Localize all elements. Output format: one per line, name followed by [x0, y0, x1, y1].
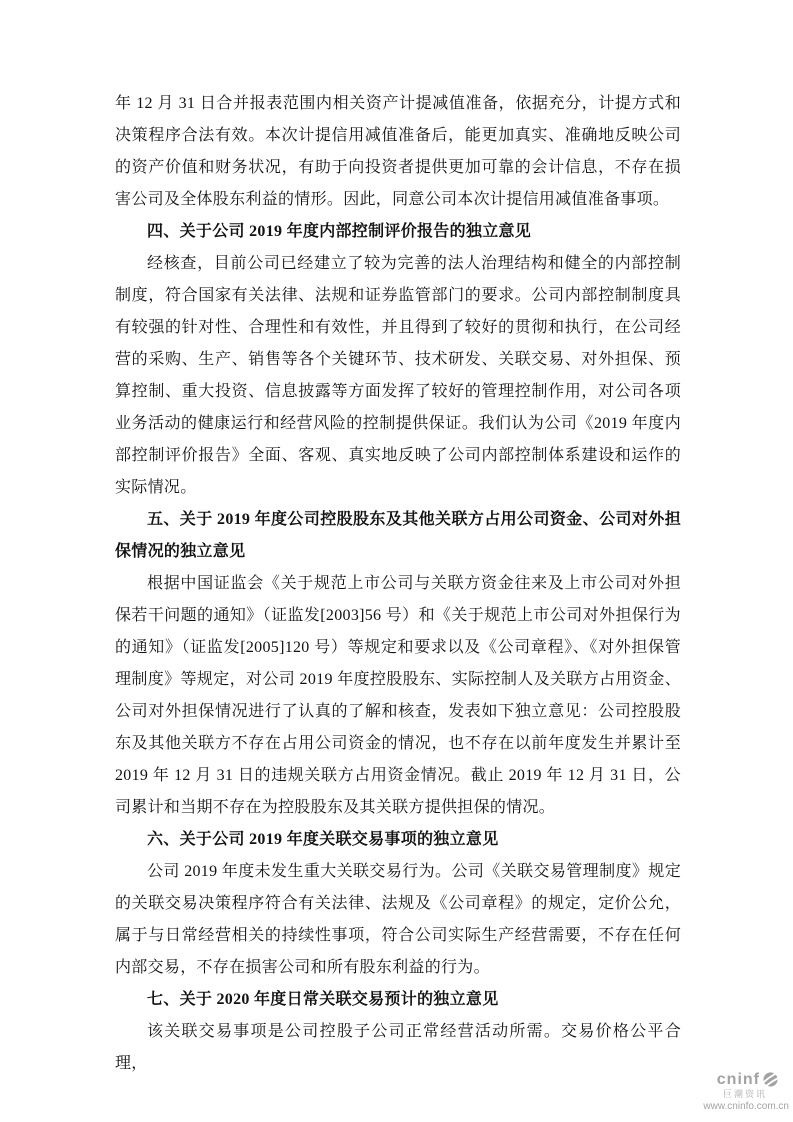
section-heading-5-fund-occupation-guarantee: 五、关于 2019 年度公司控股股东及其他关联方占用公司资金、公司对外担保情况的… — [115, 504, 681, 568]
document-page: 年 12 月 31 日合并报表范围内相关资产计提减值准备，依据充分，计提方式和决… — [115, 88, 681, 1080]
paragraph-related-transactions-opinion: 公司 2019 年度未发生重大关联交易行为。公司《关联交易管理制度》规定的关联交… — [115, 856, 681, 984]
paragraph-daily-related-transactions-opinion: 该关联交易事项是公司控股子公司正常经营活动所需。交易价格公平合理， — [115, 1016, 681, 1080]
cninfo-swirl-icon — [761, 1070, 780, 1089]
section-heading-4-internal-control: 四、关于公司 2019 年度内部控制评价报告的独立意见 — [115, 216, 681, 248]
cninfo-logo-text: cninf — [717, 1072, 760, 1088]
cninfo-url: www.cninfo.com.cn — [703, 1102, 789, 1112]
section-heading-6-related-transactions-2019: 六、关于公司 2019 年度关联交易事项的独立意见 — [115, 824, 681, 856]
paragraph-fund-occupation-guarantee-opinion: 根据中国证监会《关于规范上市公司与关联方资金往来及上市公司对外担保若干问题的通知… — [115, 568, 681, 824]
section-heading-7-related-transactions-2020: 七、关于 2020 年度日常关联交易预计的独立意见 — [115, 984, 681, 1016]
paragraph-impairment-provision-continuation: 年 12 月 31 日合并报表范围内相关资产计提减值准备，依据充分，计提方式和决… — [115, 88, 681, 216]
cninfo-brand-name: 巨潮资讯 — [703, 1090, 767, 1099]
cninfo-watermark: cninf 巨潮资讯 www.cninfo.com.cn — [703, 1071, 789, 1112]
paragraph-internal-control-opinion: 经核查，目前公司已经建立了较为完善的法人治理结构和健全的内部控制制度，符合国家有… — [115, 248, 681, 504]
